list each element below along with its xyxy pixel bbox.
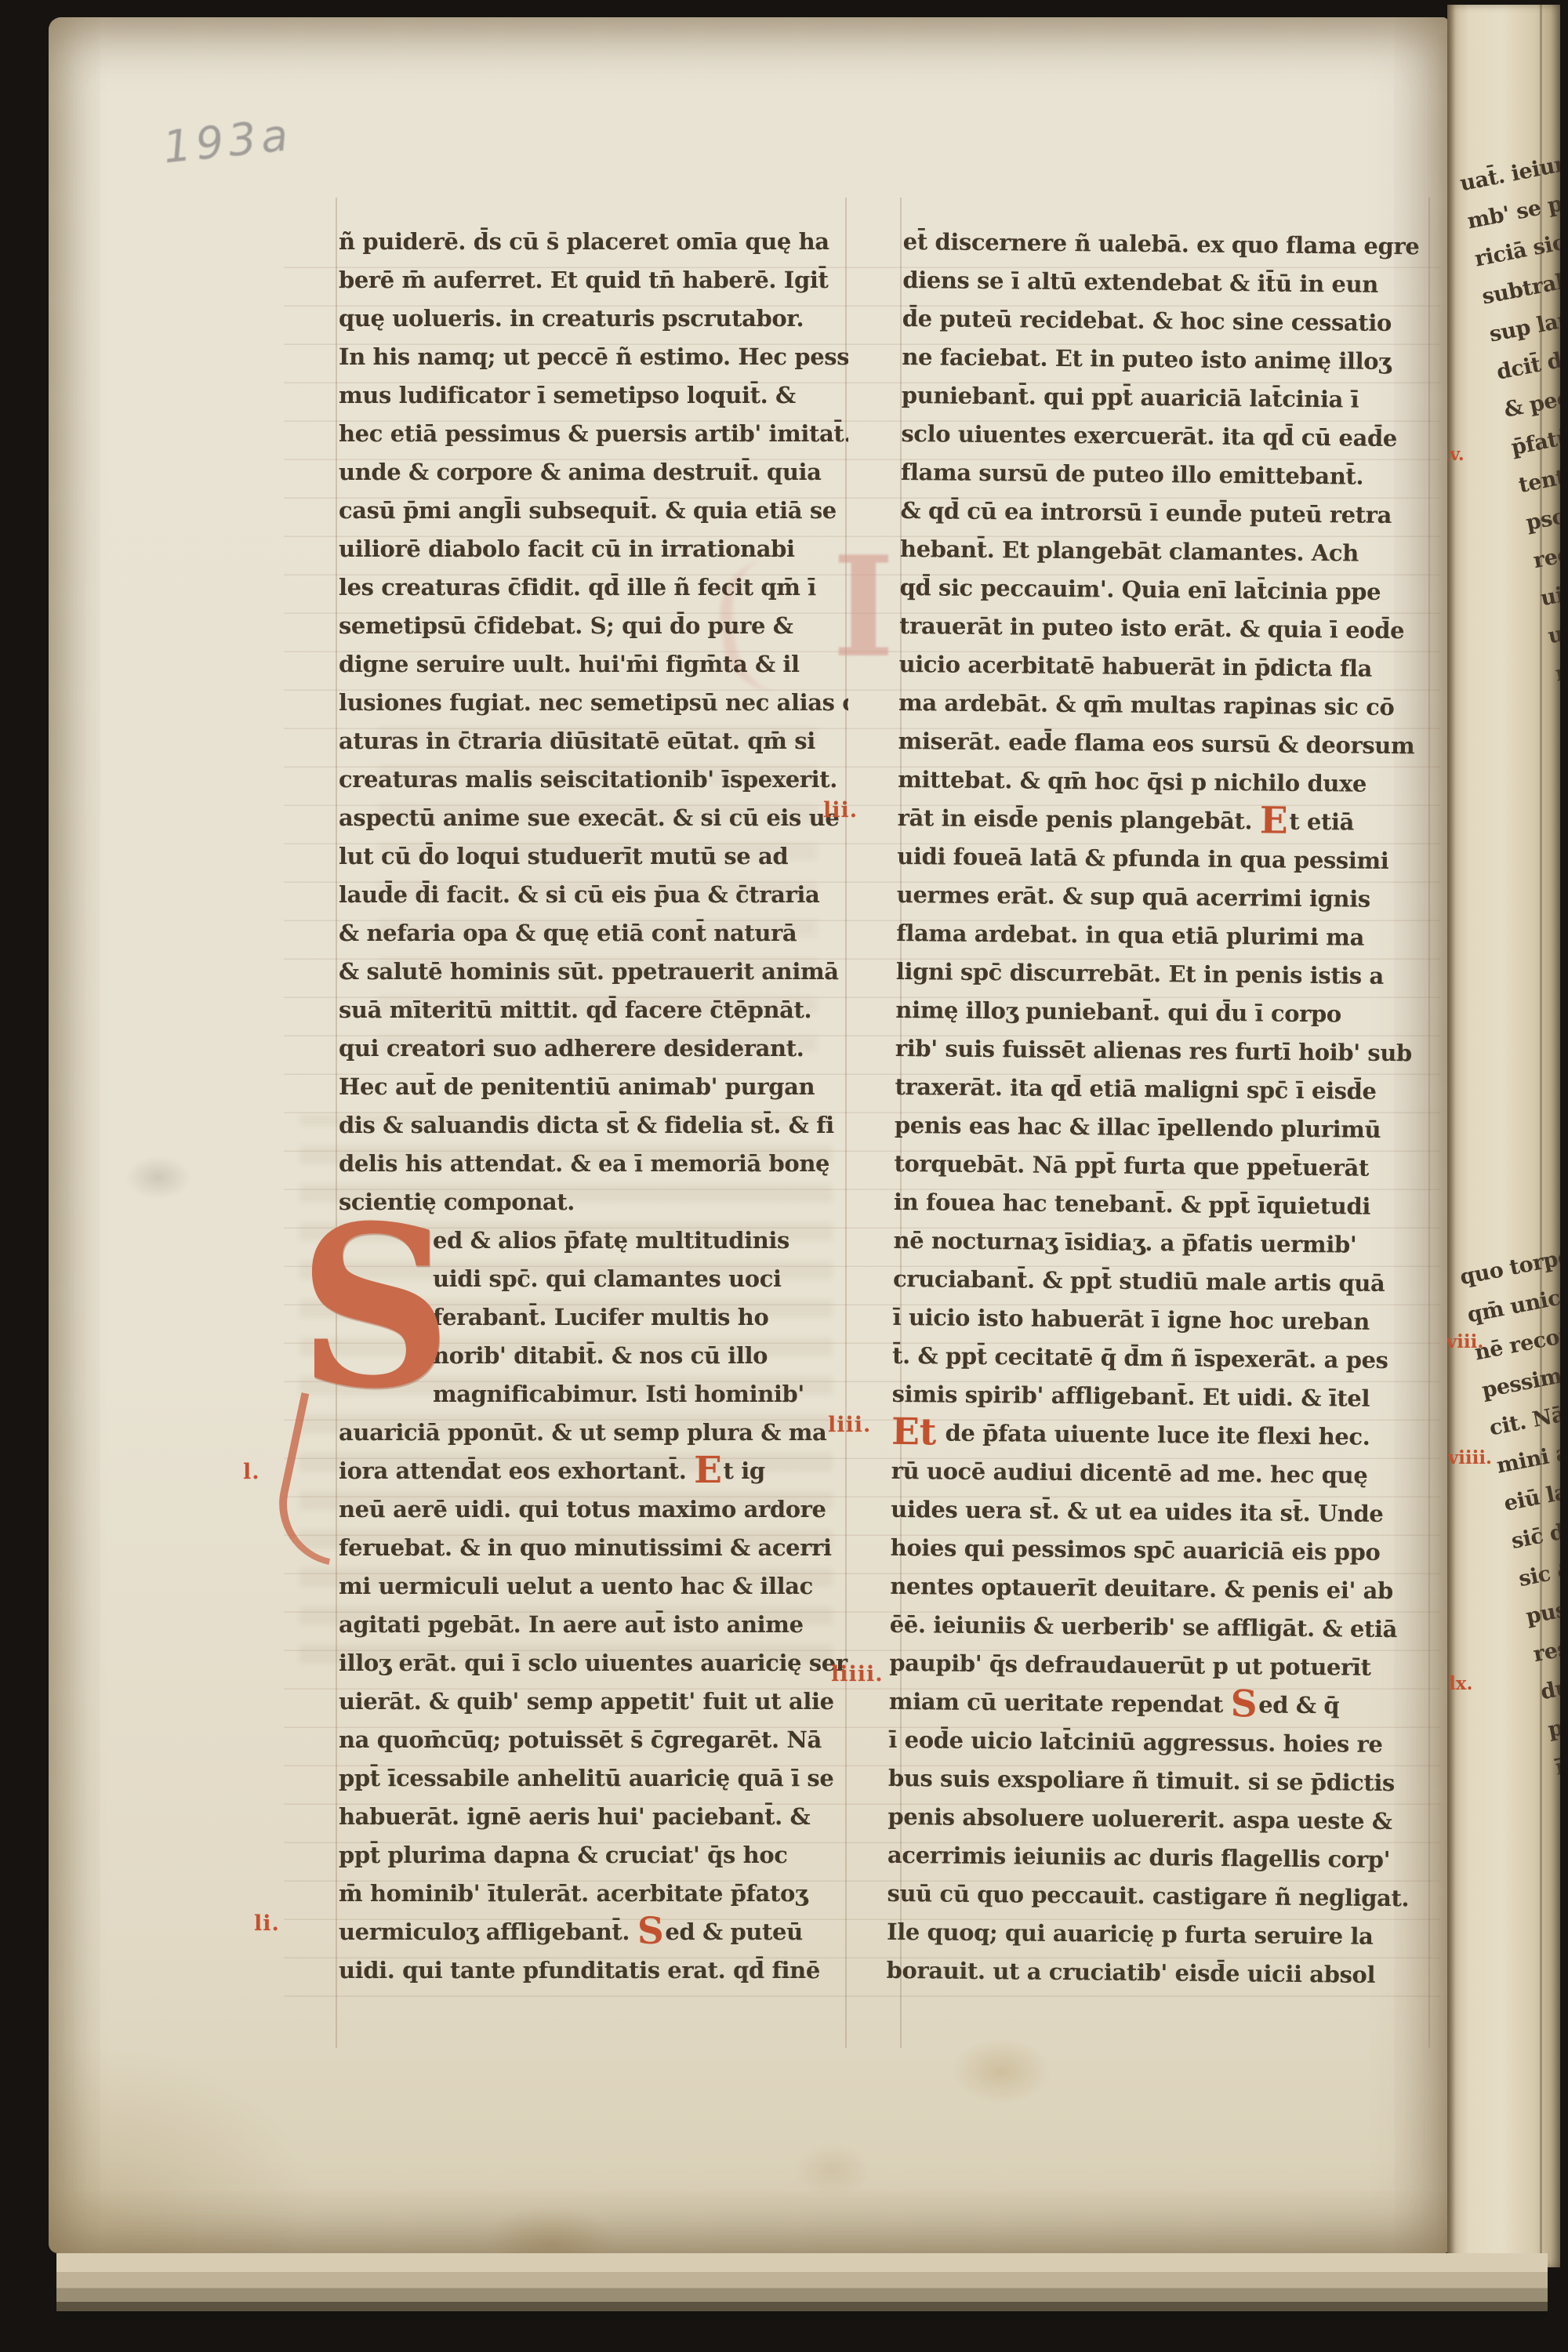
manuscript-line: suā mīteritū mittit. qd̄ facere c̄tēpnāt… bbox=[339, 991, 848, 1029]
manuscript-line: lusiones fugiat. nec semetipsū nec alias… bbox=[339, 684, 848, 722]
manuscript-line: ī eod̄e uicio lat̄ciniū aggressus. hoies… bbox=[888, 1721, 1418, 1764]
manuscript-line: & nefaria opa & quę etiā cont̄ naturā bbox=[339, 914, 848, 953]
manuscript-line: quę uolueris. in creaturis pscrutabor. bbox=[339, 299, 848, 338]
manuscript-line: mus ludificator ī semetipso loquit̄. & bbox=[339, 376, 848, 415]
manuscript-line: hoies qui pessimos spc̄ auariciā eis ppo bbox=[891, 1529, 1421, 1572]
manuscript-line: casū p̄mi angl̄i subsequit̄. & quia etiā… bbox=[339, 492, 848, 530]
vertical-ruling bbox=[336, 198, 337, 2048]
manuscript-line: & qd̄ cū ea introrsū ī eund̄e puteū retr… bbox=[900, 492, 1430, 535]
manuscript-line: feruebat. & in quo minutissimi & acerri bbox=[339, 1529, 848, 1567]
manuscript-line: ne faciebat. Et in puteo isto animę illo… bbox=[902, 338, 1432, 381]
manuscript-line: miam cū ueritate rependat Sed & q̄ bbox=[889, 1682, 1419, 1726]
manuscript-line: dis & saluandis dicta st̄ & fidelia st̄.… bbox=[339, 1106, 848, 1145]
chapter-numeral: lviii. bbox=[1447, 1331, 1483, 1352]
manuscript-line: aturas in c̄traria diūsitatē eūtat. qm̄ … bbox=[339, 722, 848, 760]
chapter-numeral: lx. bbox=[1449, 1673, 1472, 1694]
rubric-initial: S bbox=[637, 1910, 664, 1953]
manuscript-line: semetipsū c̄fidebat. S; qui d̄o pure & bbox=[339, 607, 848, 645]
manuscript-line: qd̄ sic peccauim'. Quia enī lat̄cinia pp… bbox=[899, 568, 1429, 612]
manuscript-line: aspectū anime sue execāt. & si cū eis ue bbox=[339, 799, 848, 837]
manuscript-line: creaturas malis seiscitationib' īspexeri… bbox=[339, 760, 848, 799]
manuscript-line: les creaturas c̄fidit. qd̄ ille ñ fecit … bbox=[339, 568, 848, 607]
manuscript-line: uermiculoʒ affligebant̄. Sed & puteū bbox=[339, 1913, 848, 1951]
text-column-left: ñ puiderē. d̄s cū s̄ placeret omīa quę h… bbox=[339, 223, 848, 2026]
manuscript-line: ppt̄ plurima dapna & cruciat' q̄s hoc bbox=[339, 1836, 848, 1875]
folio-number-pencil: 193a bbox=[161, 110, 295, 174]
manuscript-line: ī uicio isto habuerāt ī igne hoc ureban bbox=[892, 1298, 1422, 1341]
manuscript-line: mittebat. & qm̄ hoc q̄si p nichilo duxe bbox=[898, 760, 1428, 804]
manuscript-line: flama sursū de puteo illo emittebant̄. bbox=[901, 453, 1431, 496]
chapter-numeral: lv. bbox=[1447, 444, 1465, 465]
manuscript-line: Et de p̄fata uiuente luce ite flexi hec. bbox=[891, 1414, 1421, 1457]
manuscript-line: Ile quoq; qui auaricię p furta seruire l… bbox=[887, 1913, 1417, 1956]
manuscript-line: uidi. qui tante pfunditatis erat. qd̄ fi… bbox=[339, 1951, 848, 1990]
manuscript-line: t̄. & ppt̄ cecitatē q̄ d̄m ñ īspexerāt. … bbox=[892, 1337, 1422, 1380]
manuscript-line: diens se ī altū extendebat & it̄ū in eun bbox=[902, 261, 1432, 304]
manuscript-line: ma ardebāt. & qm̄ multas rapinas sic cō bbox=[898, 684, 1428, 727]
manuscript-line: ligni spc̄ discurrebāt. Et in penis isti… bbox=[896, 953, 1426, 996]
manuscript-line: uicio acerbitatē habuerāt in p̄dicta fla bbox=[898, 645, 1428, 688]
manuscript-line: uermes erāt. & sup quā acerrimi ignis bbox=[897, 876, 1427, 919]
page-edge-line bbox=[1540, 5, 1542, 2267]
manuscript-line: suū cū quo peccauit. castigare ñ negliga… bbox=[887, 1875, 1417, 1918]
manuscript-line: borauit. ut a cruciatib' eisd̄e uicii ab… bbox=[886, 1951, 1416, 1994]
manuscript-line: In his namq; ut peccē ñ estimo. Hec pess… bbox=[339, 338, 848, 376]
manuscript-line: ppt̄ īcessabile anhelitū auaricię quā ī … bbox=[339, 1759, 848, 1798]
manuscript-line: rib' suis fuissēt alienas res furtī hoib… bbox=[895, 1029, 1425, 1073]
manuscript-line: penis absoluere uoluererit. aspa ueste & bbox=[887, 1798, 1417, 1841]
manuscript-line: trauerāt in puteo isto erāt. & quia ī eo… bbox=[899, 607, 1429, 650]
manuscript-line: unde & corpore & anima destruit̄. quia bbox=[339, 453, 848, 492]
chapter-numeral: l. bbox=[243, 1460, 260, 1484]
manuscript-line-fragment: uat̄. ieiuniis & uerberib' bbox=[1457, 82, 1560, 203]
manuscript-line: neū aerē uidi. qui totus maximo ardore bbox=[339, 1490, 848, 1529]
manuscript-line: ēē. ieiuniis & uerberib' se affligāt. & … bbox=[890, 1606, 1420, 1649]
manuscript-line: in fouea hac tenebant̄. & ppt̄ īquietudi bbox=[894, 1183, 1424, 1226]
next-page-text-fragments: uat̄. ieiuniis & uerberib'mb' se punire … bbox=[1457, 82, 1560, 693]
manuscript-line: d̄e puteū recidebat. & hoc sine cessatio bbox=[902, 299, 1432, 343]
manuscript-line: simis spirib' affligebant̄. Et uidi. & ī… bbox=[891, 1375, 1421, 1418]
manuscript-line: sclo uiuentes exercuerāt. ita qd̄ cū ead… bbox=[901, 415, 1431, 458]
manuscript-line: iora attend̄at eos exhortant̄. Et ig bbox=[339, 1452, 848, 1490]
manuscript-line: habuerāt. ignē aeris hui' paciebant̄. & bbox=[339, 1798, 848, 1836]
manuscript-line: uiliorē diabolo facit cū in irrationabi bbox=[339, 530, 848, 568]
chapter-numeral: li. bbox=[254, 1911, 280, 1936]
chapter-numeral: liiii. bbox=[831, 1662, 884, 1686]
manuscript-line: na quom̄cūq; potuissēt s̄ c̄gregarēt. Nā bbox=[339, 1721, 848, 1759]
manuscript-line: penis eas hac & illac īpellendo plurimū bbox=[895, 1106, 1425, 1149]
manuscript-line: m̄ hominib' ītulerāt. acerbitate p̄fatoʒ bbox=[339, 1875, 848, 1913]
page-stack-bottom-edge bbox=[56, 2253, 1548, 2321]
manuscript-line-fragment: quo torpore cū negliga bbox=[1457, 1175, 1560, 1297]
manuscript-line: cruciabant̄. & ppt̄ studiū male artis qu… bbox=[893, 1260, 1423, 1303]
manuscript-line: digne seruire uult. hui'm̄i figm̄ta & il bbox=[339, 645, 848, 684]
manuscript-page: 193a I ñ puiderē. d̄s cū s̄ placeret omī… bbox=[49, 17, 1449, 2253]
manuscript-line: flama ardebat. in qua etiā plurimi ma bbox=[896, 914, 1426, 957]
manuscript-line: laud̄e d̄i facit. & si cū eis p̄ua & c̄t… bbox=[339, 876, 848, 914]
manuscript-line: nē nocturnaʒ īsidiaʒ. a p̄fatis uermib' bbox=[893, 1221, 1423, 1265]
rubric-initial: E bbox=[1260, 799, 1288, 842]
manuscript-line: illoʒ erāt. qui ī sclo uiuentes auaricię… bbox=[339, 1644, 848, 1682]
manuscript-line: nentes optauerīt deuitare. & penis ei' a… bbox=[890, 1567, 1420, 1610]
manuscript-line: mi uermiculi uelut a uento hac & illac bbox=[339, 1567, 848, 1606]
rubric-initial: E bbox=[694, 1449, 721, 1492]
manuscript-line: nimę illoʒ puniebant̄. qui d̄u ī corpo bbox=[895, 991, 1425, 1034]
manuscript-line: acerrimis ieiuniis ac duris flagellis co… bbox=[887, 1836, 1417, 1879]
manuscript-line: traxerāt. ita qd̄ etiā maligni spc̄ ī ei… bbox=[895, 1068, 1425, 1111]
manuscript-line: rāt in eisd̄e penis plangebāt. Et etiā bbox=[897, 799, 1427, 842]
manuscript-line: & salutē hominis sūt. ppetrauerit animā bbox=[339, 953, 848, 991]
rubric-initial: Et bbox=[891, 1410, 936, 1454]
manuscript-line: bus suis exspoliare ñ timuit. si se p̄di… bbox=[888, 1759, 1418, 1802]
next-page-edge: uat̄. ieiuniis & uerberib'mb' se punire … bbox=[1447, 5, 1560, 2267]
manuscript-line: uides uera st̄. & ut ea uides ita st̄. U… bbox=[891, 1490, 1421, 1534]
manuscript-line: paupib' q̄s defraudauerūt p ut potuerīt bbox=[889, 1644, 1419, 1687]
manuscript-line: rū uocē audiui dicentē ad me. hec quę bbox=[891, 1452, 1421, 1495]
rubric-initial: S bbox=[1230, 1682, 1257, 1726]
photo-background: 193a I ñ puiderē. d̄s cū s̄ placeret omī… bbox=[0, 0, 1568, 2352]
manuscript-line: lut cū d̄o loqui studuerīt mutū se ad bbox=[339, 837, 848, 876]
manuscript-line: uierāt. & quib' semp appetit' fuit ut al… bbox=[339, 1682, 848, 1721]
manuscript-line: et̄ discernere ñ ualebā. ex quo flama eg… bbox=[903, 223, 1433, 266]
manuscript-line: ñ puiderē. d̄s cū s̄ placeret omīa quę h… bbox=[339, 223, 848, 261]
manuscript-line: Hec aut̄ de penitentiū animab' purgan bbox=[339, 1068, 848, 1106]
next-page-text-fragments: quo torpore cū negligaqm̄ unicuiq; scd̄m… bbox=[1457, 1175, 1560, 1938]
manuscript-line: torquebāt. Nā ppt̄ furta que ppet̄uerāt bbox=[894, 1145, 1424, 1188]
manuscript-line: hebant̄. Et plangebāt clamantes. Ach bbox=[900, 530, 1430, 573]
chapter-numeral: lii. bbox=[823, 798, 858, 822]
manuscript-line: agitati pgebāt. In aere aut̄ isto anime bbox=[339, 1606, 848, 1644]
chapter-numeral: liii. bbox=[828, 1413, 871, 1437]
manuscript-line: qui creatori suo adherere desiderant. bbox=[339, 1029, 848, 1068]
manuscript-line: berē m̄ auferret. Et quid tn̄ haberē. Ig… bbox=[339, 261, 848, 299]
text-column-right: et̄ discernere ñ ualebā. ex quo flama eg… bbox=[886, 223, 1433, 2038]
manuscript-line: miserāt. ead̄e flama eos sursū & deorsum bbox=[898, 722, 1428, 765]
manuscript-line: hec etiā pessimus & puersis artib' imita… bbox=[339, 415, 848, 453]
chapter-numeral: lviiii. bbox=[1447, 1447, 1492, 1468]
manuscript-line: uidi foueā latā & pfunda in qua pessimi bbox=[897, 837, 1427, 880]
manuscript-line: puniebant̄. qui ppt̄ auariciā lat̄cinia … bbox=[902, 376, 1432, 419]
